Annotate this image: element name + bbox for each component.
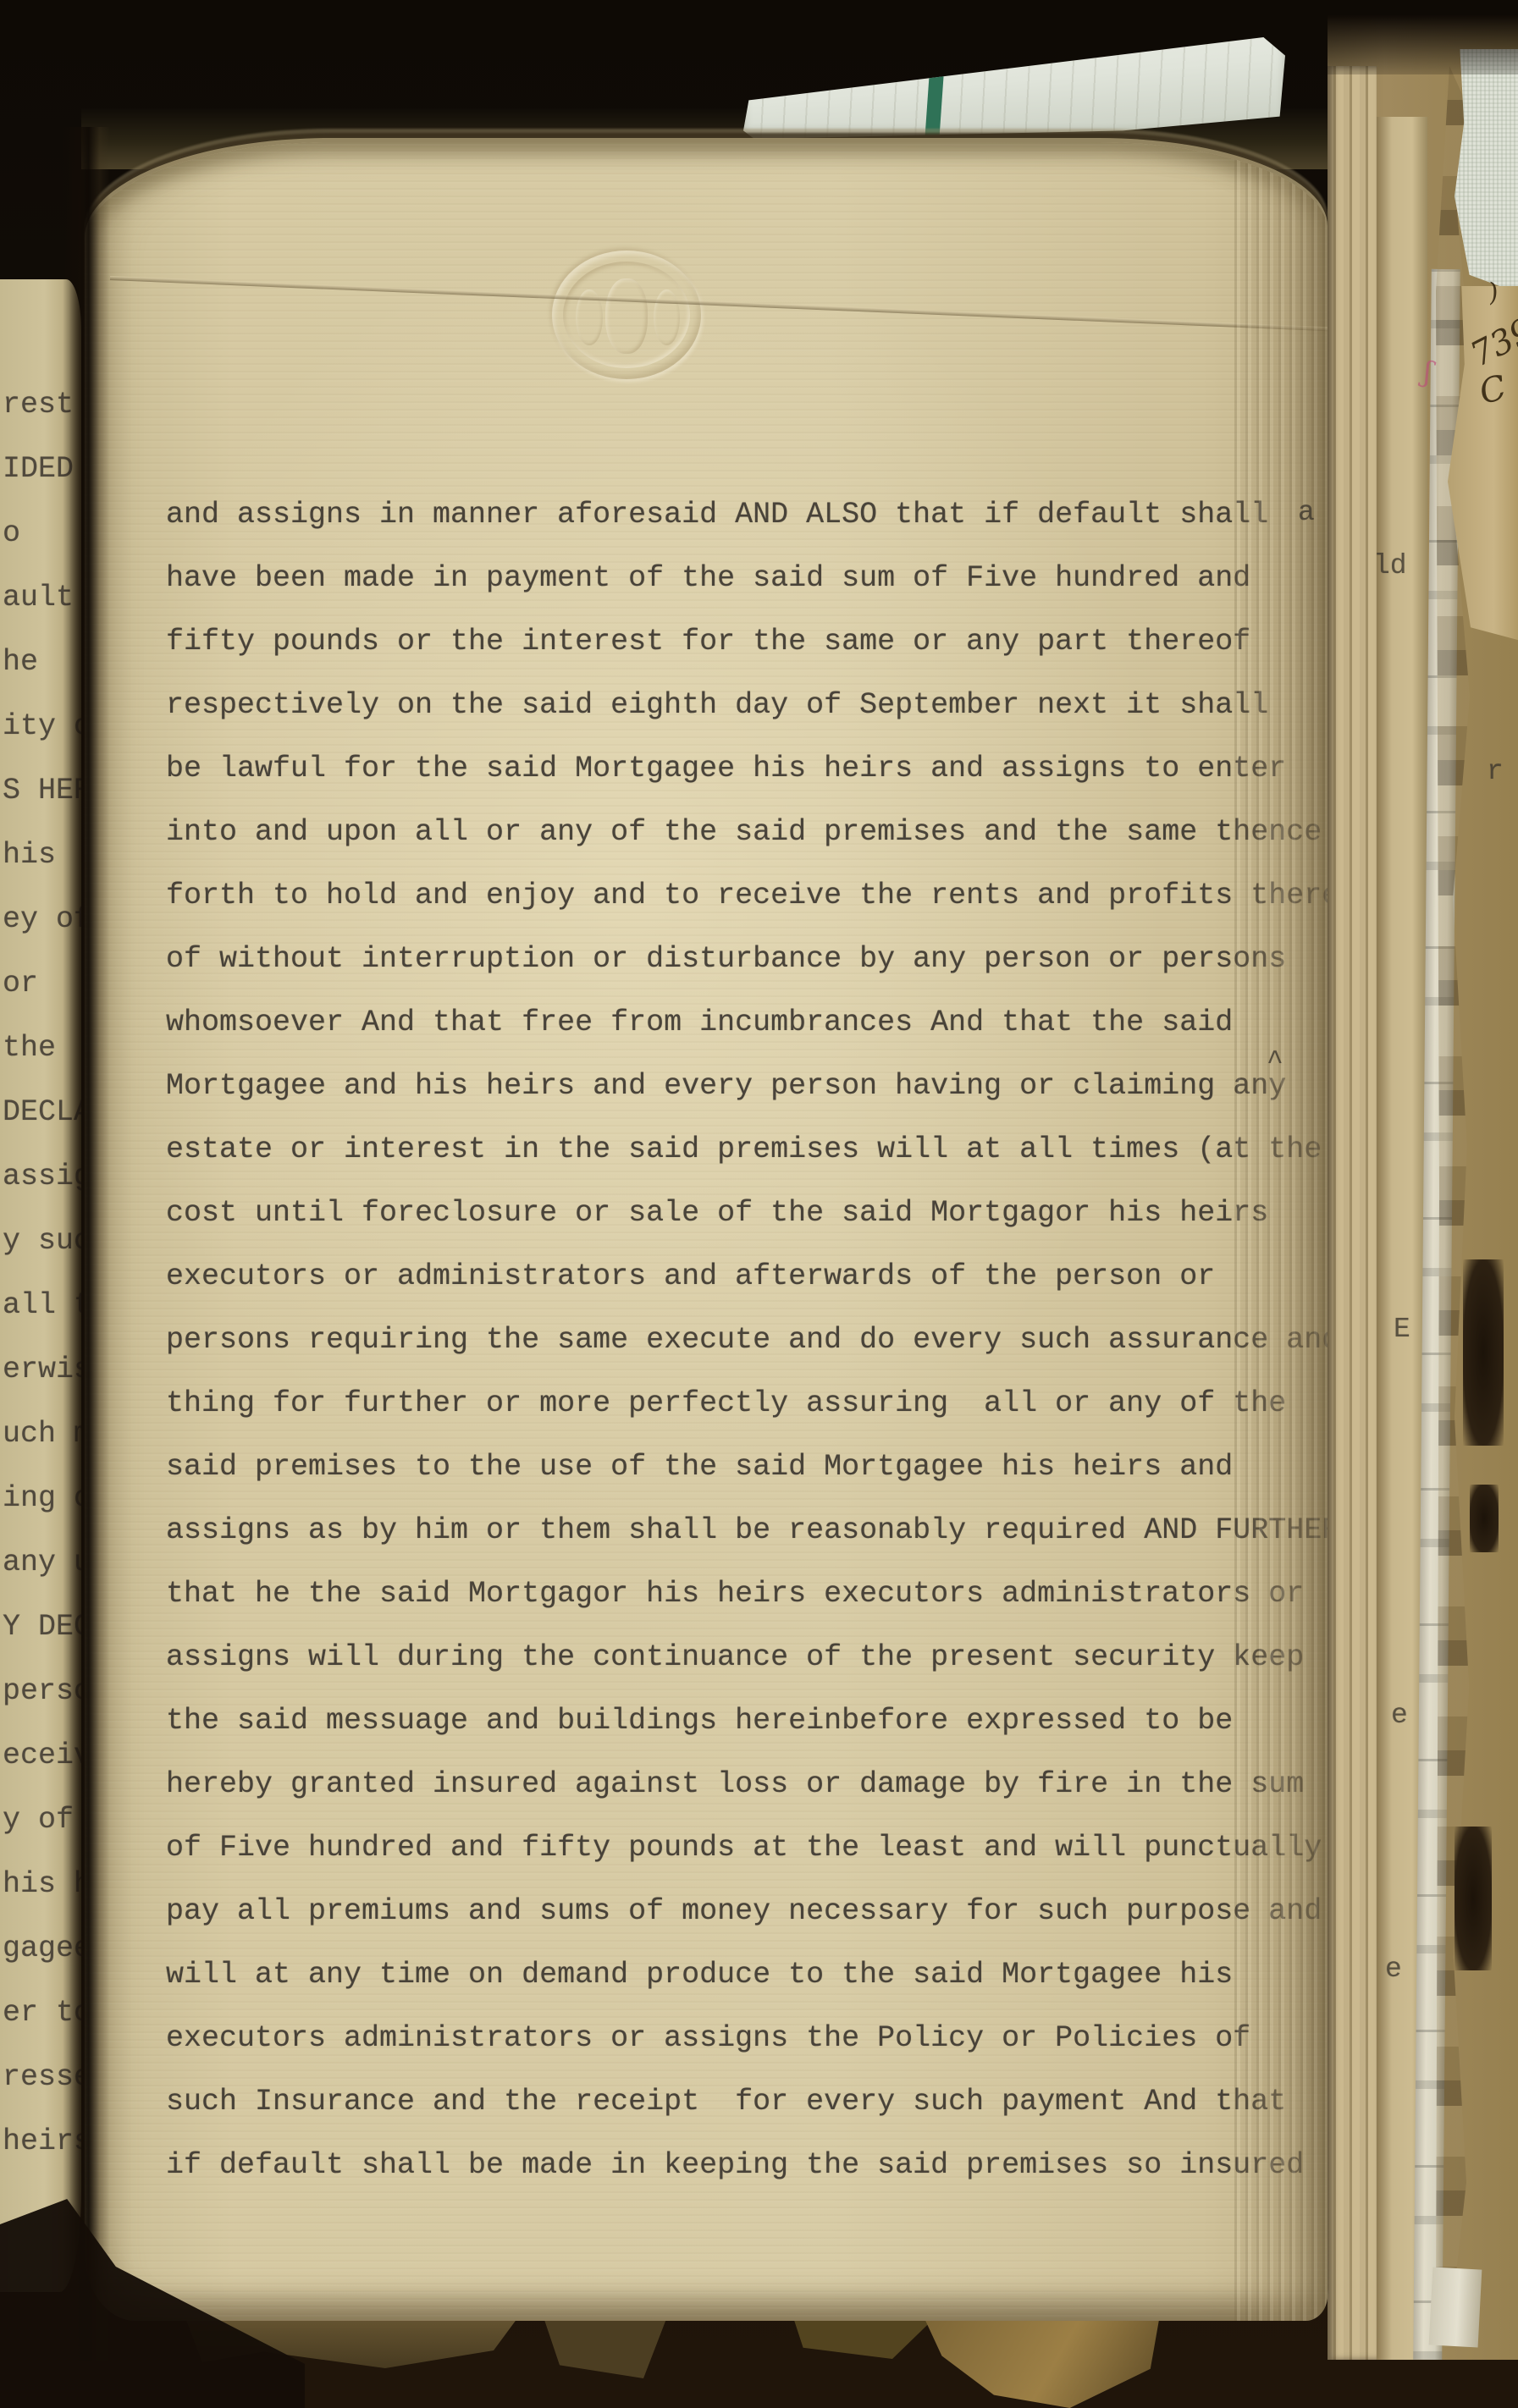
facing-page-text-fragment: or (3, 967, 38, 1000)
torn-flap (542, 2312, 669, 2378)
stray-letter: E (1394, 1314, 1410, 1345)
stack-strip-tan (1328, 66, 1377, 2360)
stack-top-shadow (1328, 15, 1518, 74)
torn-hole (1463, 1259, 1504, 1446)
facing-page-text-fragment: his (3, 838, 56, 872)
facing-page-text-fragment: the (3, 1031, 56, 1065)
typed-line: such Insurance and the receipt for every… (166, 2084, 1286, 2119)
stray-letter: e (1391, 1700, 1408, 1731)
typed-line: of Five hundred and fifty pounds at the … (166, 1830, 1322, 1865)
stray-letter: ld (1373, 550, 1407, 581)
typed-line: of without interruption or disturbance b… (166, 941, 1286, 977)
typed-line: thing for further or more perfectly assu… (166, 1386, 1286, 1421)
document-page: and assigns in manner aforesaid AND ALSO… (85, 142, 1328, 2321)
typed-line: Mortgagee and his heirs and every person… (166, 1068, 1286, 1104)
stray-letter: r (1487, 756, 1504, 787)
typed-line: into and upon all or any of the said pre… (166, 814, 1322, 850)
binding-gutter-shadow (63, 127, 110, 2361)
embossed-royal-coat-of-arms-seal-icon (552, 251, 701, 379)
typed-line: if default shall be made in keeping the … (166, 2147, 1304, 2183)
typed-line: the said messuage and buildings hereinbe… (166, 1703, 1233, 1738)
typed-line: hereby granted insured against loss or d… (166, 1766, 1304, 1802)
typed-line: assigns as by him or them shall be reaso… (166, 1513, 1328, 1548)
typed-line: that he the said Mortgagor his heirs exe… (166, 1576, 1304, 1612)
typed-line: estate or interest in the said premises … (166, 1132, 1322, 1167)
page-right-curl (1234, 142, 1328, 2321)
typed-line: will at any time on demand produce to th… (166, 1957, 1233, 1992)
typed-line: assigns will during the continuance of t… (166, 1639, 1304, 1675)
paper-texture (85, 142, 1328, 2321)
typed-line: forth to hold and enjoy and to receive t… (166, 878, 1328, 913)
bottom-right-white-edge (1429, 2267, 1482, 2348)
typed-line: said premises to the use of the said Mor… (166, 1449, 1233, 1485)
typed-line: executors administrators or assigns the … (166, 2020, 1250, 2056)
stray-letter: ^ (1267, 1046, 1283, 1077)
typed-line: have been made in payment of the said su… (166, 560, 1250, 596)
book-scan: rest aIDED Aoault hheity orS HEREhisey o… (0, 0, 1518, 2408)
under-sheet-edge-line (110, 276, 1328, 333)
torn-flap (923, 2315, 1160, 2408)
typed-line: pay all premiums and sums of money neces… (166, 1893, 1322, 1929)
seal-crest (605, 278, 647, 353)
torn-hole (1455, 1827, 1492, 1970)
torn-hole (1470, 1485, 1499, 1552)
stray-letter: a (1298, 497, 1315, 528)
typed-line: and assigns in manner aforesaid AND ALSO… (166, 497, 1268, 532)
typed-line: whomsoever And that free from incumbranc… (166, 1005, 1233, 1040)
typed-line: be lawful for the said Mortgagee his hei… (166, 751, 1286, 786)
woven-binding-fabric (1455, 49, 1518, 295)
facing-page-text-fragment: he (3, 645, 38, 679)
stray-letter: e (1385, 1953, 1402, 1985)
facing-page-text-fragment: o (3, 516, 20, 550)
typed-line: executors or administrators and afterwar… (166, 1259, 1215, 1294)
typed-line: cost until foreclosure or sale of the sa… (166, 1195, 1268, 1231)
typed-line: persons requiring the same execute and d… (166, 1322, 1328, 1358)
typed-line: respectively on the said eighth day of S… (166, 687, 1268, 723)
typed-line: fifty pounds or the interest for the sam… (166, 624, 1250, 659)
